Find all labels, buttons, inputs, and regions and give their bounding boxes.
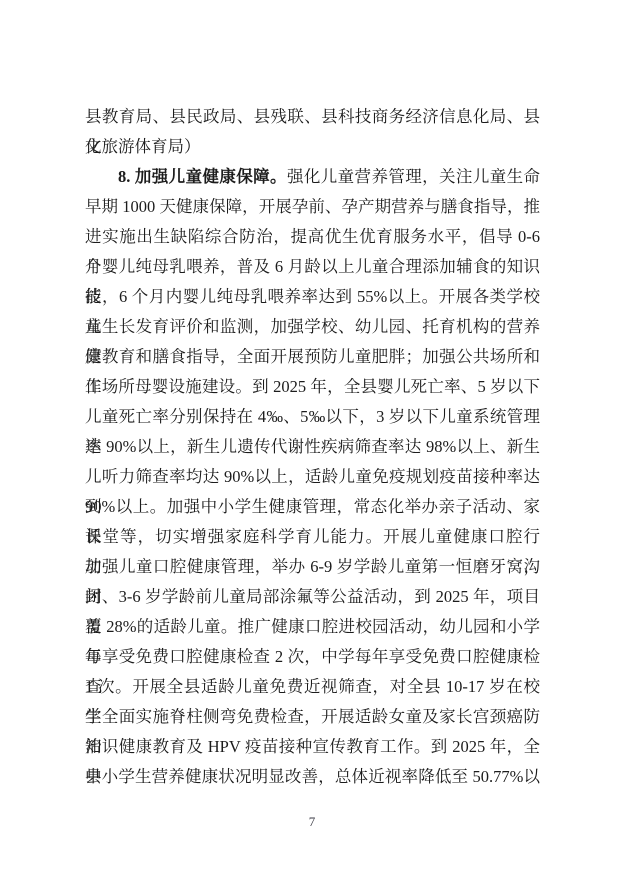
text-line: 1 次。开展全县适龄儿童免费近视筛查，对全县 10-17 岁在校学 xyxy=(85,672,540,702)
text-line: 儿童死亡率分别保持在 4‰、5‰以下，3 岁以下儿童系统管理率 xyxy=(85,402,540,432)
body-text: 县教育局、县民政局、县残联、县科技商务经济信息化局、县文 化旅游体育局） 8. … xyxy=(85,102,540,792)
text-line: 盖 28%的适龄儿童。推广健康口腔进校园活动，幼儿园和小学每 xyxy=(85,612,540,642)
paragraph-continuation: 县教育局、县民政局、县残联、县科技商务经济信息化局、县文 化旅游体育局） xyxy=(85,102,540,162)
text-line: 作场所母婴设施建设。到 2025 年，全县婴儿死亡率、5 岁以下 xyxy=(85,372,540,402)
text-line: 加强儿童口腔健康管理，举办 6-9 岁学龄儿童第一恒磨牙窝沟封 xyxy=(85,552,540,582)
page-number: 7 xyxy=(0,813,624,831)
document-page: 县教育局、县民政局、县残联、县科技商务经济信息化局、县文 化旅游体育局） 8. … xyxy=(0,0,624,882)
text-line: 康教育和膳食指导，全面开展预防儿童肥胖；加强公共场所和工 xyxy=(85,342,540,372)
text-line: 早期 1000 天健康保障，开展孕前、孕产期营养与膳食指导，推 xyxy=(85,192,540,222)
text-line: 中小学生营养健康状况明显改善，总体近视率降低至 50.77%以 xyxy=(85,762,540,792)
text-line: 县教育局、县民政局、县残联、县科技商务经济信息化局、县文 xyxy=(85,102,540,132)
text-line: 90%以上。加强中小学生健康管理，常态化举办亲子活动、家长 xyxy=(85,492,540,522)
text-line: 年享受免费口腔健康检查 2 次，中学每年享受免费口腔健康检查 xyxy=(85,642,540,672)
text-line: 进实施出生缺陷综合防治，提高优生优育服务水平，倡导 0-6 个 xyxy=(85,222,540,252)
text-line: 童生长发育评价和监测，加强学校、幼儿园、托育机构的营养健 xyxy=(85,312,540,342)
text-line: 化旅游体育局） xyxy=(85,132,540,162)
section8-heading: 8. 加强儿童健康保障。 xyxy=(118,167,287,186)
text-line: 课堂等，切实增强家庭科学育儿能力。开展儿童健康口腔行动， xyxy=(85,522,540,552)
text-line: 达 90%以上，新生儿遗传代谢性疾病筛查率达 98%以上、新生 xyxy=(85,432,540,462)
paragraph-section8: 8. 加强儿童健康保障。强化儿童营养管理，关注儿童生命 早期 1000 天健康保… xyxy=(85,162,540,792)
text-line: 闭、3-6 岁学龄前儿童局部涂氟等公益活动，到 2025 年，项目覆 xyxy=(85,582,540,612)
text-line: 能，6 个月内婴儿纯母乳喂养率达到 55%以上。开展各类学校儿 xyxy=(85,282,540,312)
text-line: 生全面实施脊柱侧弯免费检查，开展适龄女童及家长宫颈癌防治 xyxy=(85,702,540,732)
section8-lead-line: 8. 加强儿童健康保障。强化儿童营养管理，关注儿童生命 xyxy=(85,162,540,192)
text-line: 儿听力筛查率均达 90%以上，适龄儿童免疫规划疫苗接种率达到 xyxy=(85,462,540,492)
text-line: 月婴儿纯母乳喂养，普及 6 月龄以上儿童合理添加辅食的知识技 xyxy=(85,252,540,282)
text-line: 知识健康教育及 HPV 疫苗接种宣传教育工作。到 2025 年，全县 xyxy=(85,732,540,762)
section8-lead-rest: 强化儿童营养管理，关注儿童生命 xyxy=(287,167,540,186)
